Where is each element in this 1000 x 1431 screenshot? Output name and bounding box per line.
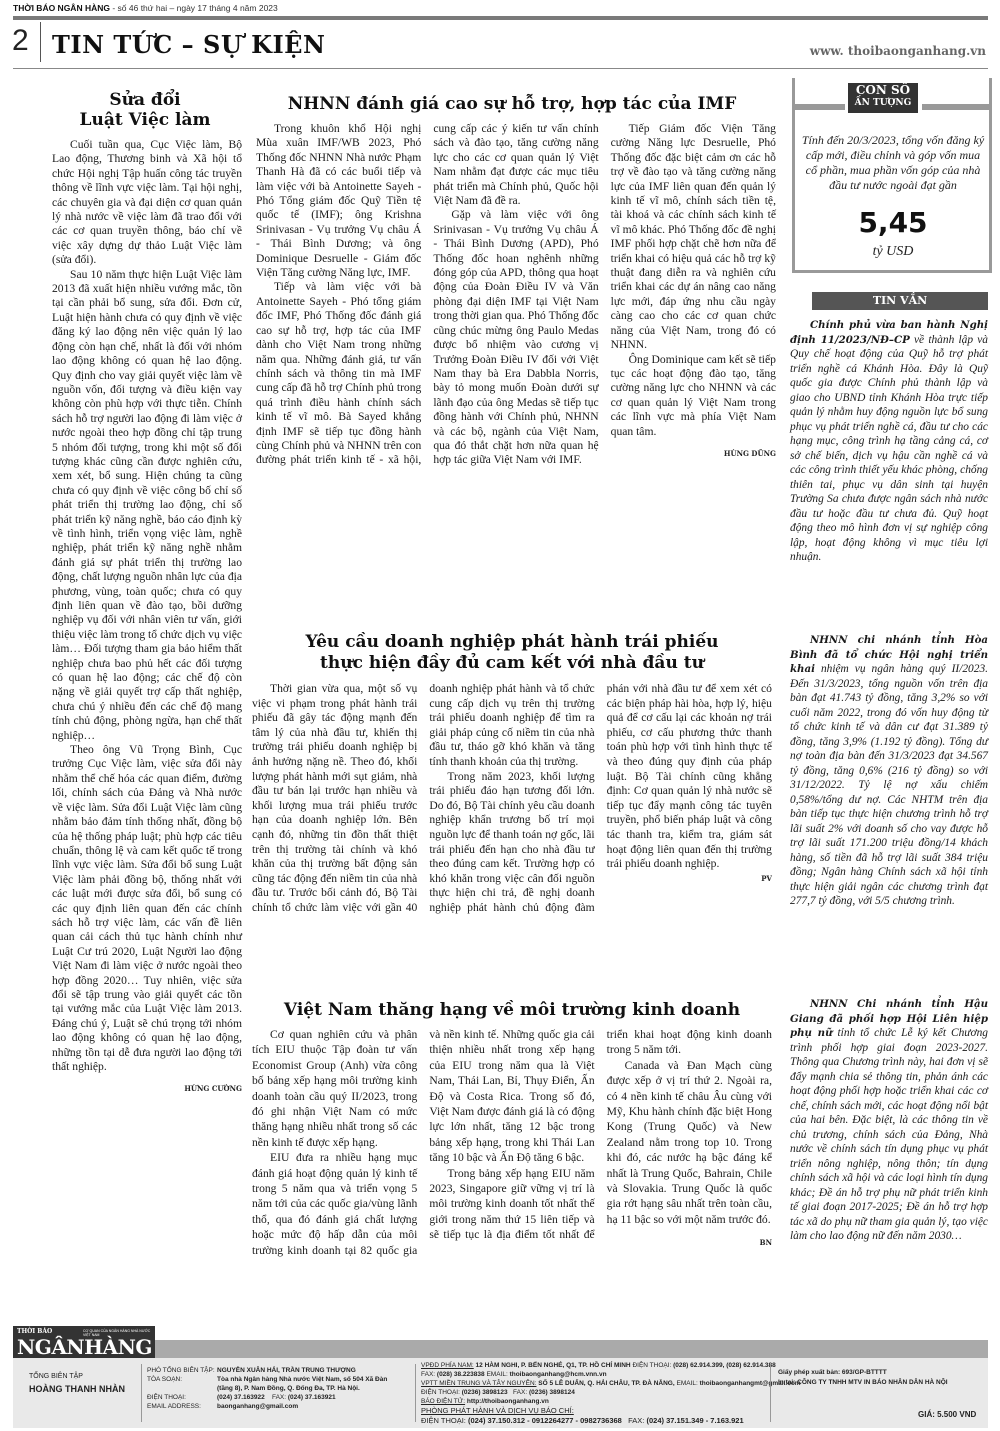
central-phone-label: ĐIỆN THOẠI:: [421, 1389, 460, 1396]
deputy-label: PHÓ TỔNG BIÊN TẬP:: [147, 1366, 215, 1375]
phone-label: ĐIỆN THOẠI:: [147, 1393, 186, 1402]
south-fax: (028) 38.223838: [437, 1371, 485, 1378]
central-fax: (0236) 3898124: [529, 1389, 575, 1396]
office-label: TÒA SOẠN:: [147, 1375, 182, 1384]
phone: (024) 37.163922: [217, 1394, 265, 1401]
box-decor-bar-left: [795, 104, 845, 110]
con-so-text: Tính đến 20/3/2023, tổng vốn đăng ký cấp…: [800, 133, 986, 193]
central-phone: (0236) 3898123: [462, 1389, 508, 1396]
fax: (024) 37.163921: [288, 1394, 336, 1401]
brief-item: Chính phủ vừa ban hành Nghị định 11/2023…: [790, 318, 988, 565]
south-phone-label: ĐIỆN THOẠI:: [632, 1362, 671, 1369]
paragraph: Tiếp Giám đốc Viện Tăng cường Năng lực D…: [611, 122, 776, 353]
title-line: thực hiện đầy đủ cam kết với nhà đầu tư: [252, 653, 772, 674]
email-link[interactable]: baonganhang@gmail.com: [217, 1403, 298, 1410]
brief-paragraph: NHNN chi nhánh tỉnh Hòa Bình đã tổ chức …: [790, 633, 988, 909]
price: GIÁ: 5.500 VND: [918, 1410, 976, 1419]
page-number: 2: [12, 26, 29, 56]
south-email-link[interactable]: thoibaonganhang@hcm.vnn.vn: [510, 1371, 607, 1378]
issue-info: - số 46 thứ hai – ngày 17 tháng 4 năm 20…: [110, 3, 278, 13]
paragraph: Cơ quan nghiên cứu và phân tích EIU thuộ…: [252, 1027, 417, 1150]
brief-paragraph: Chính phủ vừa ban hành Nghị định 11/2023…: [790, 318, 988, 565]
masthead-issue-line: THỜI BÁO NGÂN HÀNG - số 46 thứ hai – ngà…: [13, 3, 278, 13]
online-url-link[interactable]: http://thoibaonganhang.vn: [467, 1398, 549, 1405]
footer-stripe: [155, 1340, 988, 1358]
office-line1: Tòa nhà Ngân hàng Nhà nước Việt Nam, số …: [217, 1376, 387, 1383]
title-line: Sửa đổi: [50, 90, 240, 110]
paragraph: Sau 10 năm thực hiện Luật Việc làm 2013 …: [52, 268, 242, 743]
distribution-phone-label: ĐIỆN THOẠI:: [421, 1416, 466, 1425]
con-so-unit: tỷ USD: [800, 244, 986, 260]
distribution-fax: (024) 37.151.349 - 7.163.921: [646, 1416, 743, 1425]
byline: HỪNG CƯỜNG: [52, 1082, 242, 1096]
con-so-badge: CON SỐ ẤN TƯỢNG: [848, 83, 918, 113]
footer-logo: THỜI BÁO CƠ QUAN CỦA NGÂN HÀNG NHÀ NƯỚC …: [13, 1326, 155, 1358]
byline: HÙNG DŨNG: [611, 447, 776, 461]
article-trai-phieu-body: Thời gian vừa qua, một số vụ việc vi phạ…: [252, 682, 772, 982]
printer: In tại: CÔNG TY TNHH MTV IN BÁO NHÂN DÂN…: [778, 1379, 948, 1386]
con-so-number: 5,45: [800, 206, 986, 239]
website-link[interactable]: www. thoibaonganhang.vn: [810, 44, 986, 58]
brief-text: về thành lập và Quy chế hoạt động của Qu…: [790, 334, 988, 564]
byline: BN: [607, 1235, 772, 1250]
distribution-label: PHÒNG PHÁT HÀNH VÀ DỊCH VỤ BÁO CHÍ:: [421, 1406, 574, 1415]
central-email-label: EMAIL:: [677, 1380, 698, 1387]
paragraph: Trong khuôn khổ Hội nghị Mùa xuân IMF/WB…: [256, 122, 421, 280]
footer-divider: [141, 1364, 142, 1422]
email-label: EMAIL ADDRESS:: [147, 1402, 201, 1411]
paragraph: Theo ông Vũ Trọng Bình, Cục trưởng Cục V…: [52, 743, 242, 1074]
article-eiu-title: Việt Nam thăng hạng về môi trường kinh d…: [252, 1000, 772, 1020]
paragraph: Ông Dominique cam kết sẽ tiếp tục các ho…: [611, 353, 776, 439]
badge-line2: ẤN TƯỢNG: [848, 97, 918, 109]
south-label: VPĐD PHÍA NAM:: [421, 1362, 474, 1369]
section-title: TIN TỨC – SỰ KIỆN: [52, 30, 325, 59]
article-eiu-body: Cơ quan nghiên cứu và phân tích EIU thuộ…: [252, 1027, 772, 1317]
fax-label: FAX:: [272, 1394, 286, 1401]
license: Giấy phép xuất bản: 693/GP-BTTTT: [778, 1369, 887, 1376]
article-luat-viec-lam-title: Sửa đổi Luật Việc làm: [50, 90, 240, 130]
logo-big: NGÂNHÀNG: [17, 1335, 152, 1359]
central-label: VPTT MIỀN TRUNG VÀ TÂY NGUYÊN:: [421, 1380, 536, 1387]
footer-divider: [770, 1364, 771, 1422]
article-luat-viec-lam-body: Cuối tuần qua, Cục Việc làm, Bộ Lao động…: [52, 138, 242, 1097]
paragraph: Canada và Đan Mạch cùng được xếp ở vị tr…: [607, 1058, 772, 1227]
footer-imprint: THỜI BÁO CƠ QUAN CỦA NGÂN HÀNG NHÀ NƯỚC …: [0, 1320, 1000, 1431]
paper-name: THỜI BÁO NGÂN HÀNG: [13, 3, 110, 13]
paragraph: Cuối tuần qua, Cục Việc làm, Bộ Lao động…: [52, 138, 242, 268]
brief-item: NHNN chi nhánh tỉnh Hòa Bình đã tổ chức …: [790, 633, 988, 909]
deputy-names: NGUYỄN XUÂN HẢI, TRẦN TRUNG THƯỢNG: [217, 1367, 356, 1374]
title-line: Yêu cầu doanh nghiệp phát hành trái phiế…: [252, 632, 772, 653]
masthead-divider: [13, 16, 988, 20]
online-label: BÁO ĐIỆN TỬ:: [421, 1398, 465, 1405]
brief-text: tỉnh tổ chức Lễ ký kết Chương trình phối…: [790, 1027, 988, 1242]
box-decor-bar-right: [922, 104, 990, 110]
distribution-phone: (024) 37.150.312 - 0912264277 - 09827363…: [468, 1416, 622, 1425]
central-fax-label: FAX:: [513, 1389, 527, 1396]
south-fax-label: FAX:: [421, 1371, 435, 1378]
brief-text: nhiệm vụ ngân hàng quý II/2023. Đến 31/3…: [790, 663, 988, 907]
byline: PV: [607, 872, 772, 887]
office-line2: (tầng 8), P. Nam Đồng, Q. Đống Đa, TP. H…: [217, 1385, 360, 1392]
south-email-label: EMAIL:: [486, 1371, 507, 1378]
south-addr: 12 HÀM NGHI, P. BẾN NGHÉ, Q1, TP. HỒ CHÍ…: [476, 1362, 631, 1369]
article-imf-title: NHNN đánh giá cao sự hỗ trợ, hợp tác của…: [252, 94, 772, 114]
distribution-fax-label: FAX:: [628, 1416, 644, 1425]
article-trai-phieu-title: Yêu cầu doanh nghiệp phát hành trái phiế…: [252, 632, 772, 674]
logo-small: THỜI BÁO: [17, 1328, 52, 1335]
page-number-divider: [40, 22, 41, 62]
tin-van-heading: TIN VẮN: [812, 292, 988, 310]
south-phone: (028) 62.914.399, (028) 62.914.388: [673, 1362, 776, 1369]
article-imf-body: Trong khuôn khổ Hội nghị Mùa xuân IMF/WB…: [256, 122, 776, 602]
editor-label: TỔNG BIÊN TẬP: [29, 1372, 83, 1381]
brief-paragraph: NHNN Chi nhánh tỉnh Hậu Giang đã phối hợ…: [790, 997, 988, 1244]
badge-line1: CON SỐ: [848, 83, 918, 97]
footer-panel: TỔNG BIÊN TẬP HOÀNG THANH NHÀN PHÓ TỔNG …: [13, 1358, 988, 1428]
editor-name: HOÀNG THANH NHÀN: [29, 1385, 125, 1394]
title-line: Luật Việc làm: [50, 110, 240, 130]
footer-divider: [415, 1364, 416, 1422]
paragraph: Gặp và làm việc với ông Srinivasan - Vụ …: [433, 208, 598, 467]
brief-item: NHNN Chi nhánh tỉnh Hậu Giang đã phối hợ…: [790, 997, 988, 1244]
header-rule: [13, 68, 988, 69]
central-addr: SỐ 5 LÊ DUẨN, Q. HẢI CHÂU, TP. ĐÀ NẴNG,: [538, 1380, 674, 1387]
